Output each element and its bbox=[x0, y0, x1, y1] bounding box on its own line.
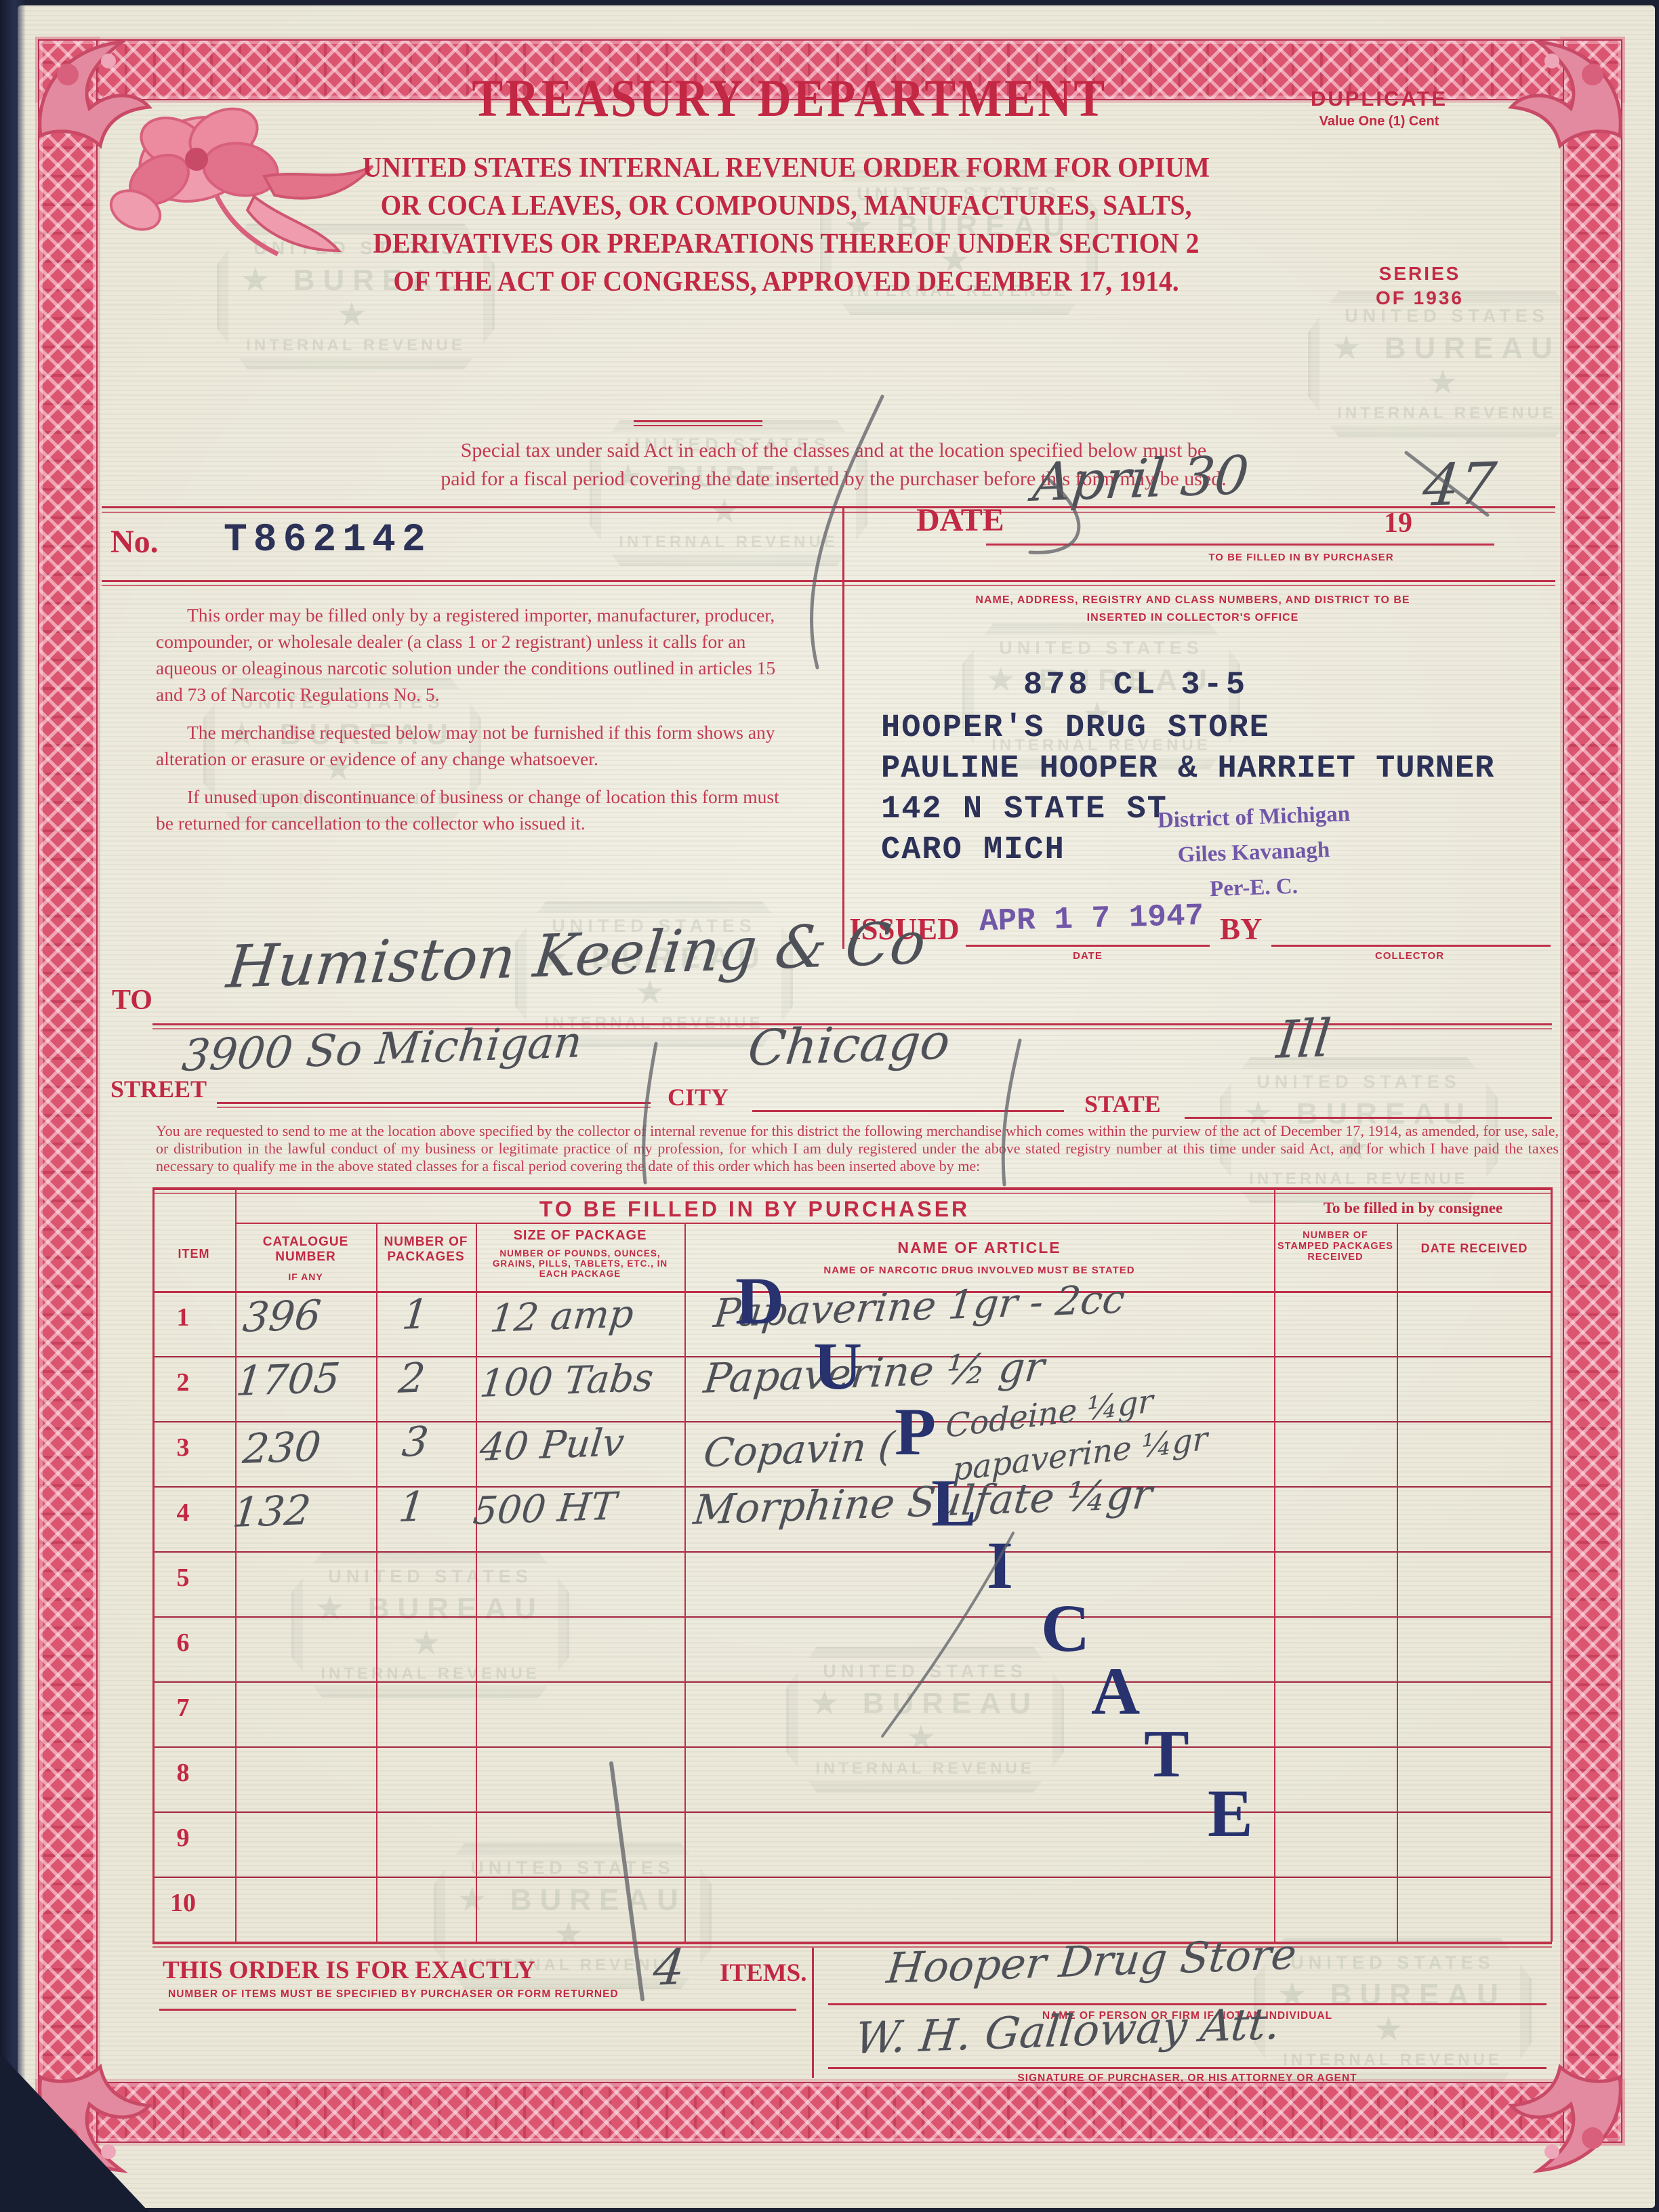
form-subtitle-line2: OR COCA LEAVES, OR COMPOUNDS, MANUFACTUR… bbox=[289, 190, 1283, 222]
scanned-form-photo: UNITED STATES★ BUREAU ★INTERNAL REVENUE … bbox=[0, 0, 1659, 2212]
watermark-text: INTERNAL REVENUE bbox=[1337, 404, 1557, 423]
date-caption: TO BE FILLED IN BY PURCHASER bbox=[1105, 552, 1498, 563]
row-line bbox=[152, 1746, 1552, 1748]
order-count-caption: NUMBER OF ITEMS MUST BE SPECIFIED BY PUR… bbox=[168, 1988, 619, 2001]
col-header-catalogue: CATALOGUE NUMBER bbox=[239, 1235, 373, 1265]
year-handwritten: 47 bbox=[1420, 450, 1499, 519]
row-line bbox=[152, 1681, 1552, 1683]
purchaser-section-header: TO BE FILLED IN BY PURCHASER bbox=[235, 1197, 1274, 1222]
watermark-text: UNITED STATES bbox=[1256, 1071, 1461, 1092]
series-line2: OF 1936 bbox=[1345, 287, 1494, 309]
table-top-rule bbox=[152, 1193, 1552, 1194]
photo-edge-left bbox=[0, 0, 26, 2212]
row-line bbox=[152, 1551, 1552, 1553]
col-line bbox=[1397, 1223, 1398, 1942]
col-header-size: SIZE OF PACKAGE bbox=[479, 1228, 681, 1244]
col-header-stamped: NUMBER OF STAMPED PACKAGES RECEIVED bbox=[1277, 1230, 1393, 1263]
cell-packages: 1 bbox=[396, 1483, 428, 1532]
watermark-text: UNITED STATES bbox=[1290, 1952, 1495, 1973]
address-typed-line1: HOOPER'S DRUG STORE bbox=[881, 710, 1270, 746]
overprint-letter: E bbox=[1208, 1774, 1253, 1852]
rule bbox=[102, 585, 1555, 586]
col-header-size-sub: NUMBER OF POUNDS, OUNCES, GRAINS, PILLS,… bbox=[479, 1248, 681, 1279]
year-prefix: 19 bbox=[1384, 507, 1412, 539]
date-handwritten: April 30 bbox=[1030, 445, 1252, 514]
conditions-para2: The merchandise requested below may not … bbox=[156, 719, 800, 772]
by-label: BY bbox=[1220, 912, 1263, 947]
collector-caption: COLLECTOR bbox=[1308, 950, 1511, 962]
watermark-text: UNITED STATES bbox=[470, 1858, 675, 1879]
item-number: 2 bbox=[156, 1368, 210, 1397]
conditions-para1: This order may be filled only by a regis… bbox=[156, 602, 800, 708]
cell-packages: 3 bbox=[400, 1418, 431, 1467]
item-number: 5 bbox=[156, 1563, 210, 1593]
col-header-packages: NUMBER OF PACKAGES bbox=[378, 1235, 474, 1265]
overprint-letter: C bbox=[1041, 1589, 1090, 1667]
date-label: DATE bbox=[916, 501, 1004, 539]
cell-size: 500 HT bbox=[471, 1484, 619, 1534]
city-label: CITY bbox=[668, 1083, 729, 1111]
header-divider-rule bbox=[634, 420, 762, 422]
form-subtitle-line1: UNITED STATES INTERNAL REVENUE ORDER FOR… bbox=[289, 152, 1283, 184]
table-border-left bbox=[152, 1187, 155, 1944]
conditions-paragraphs: This order may be filled only by a regis… bbox=[156, 602, 800, 848]
form-subtitle-line4: OF THE ACT OF CONGRESS, APPROVED DECEMBE… bbox=[289, 266, 1283, 298]
row-line bbox=[152, 1877, 1552, 1878]
col-line bbox=[1274, 1187, 1275, 1942]
no-label: No. bbox=[110, 523, 159, 560]
items-label: ITEMS. bbox=[720, 1959, 807, 1988]
cell-size: 12 amp bbox=[488, 1292, 636, 1341]
request-paragraph: You are requested to send to me at the l… bbox=[156, 1122, 1559, 1175]
col-line bbox=[235, 1187, 237, 1942]
item-number: 3 bbox=[156, 1433, 210, 1462]
cell-catalogue: 396 bbox=[241, 1292, 323, 1342]
issued-date-line bbox=[966, 945, 1210, 947]
street-line bbox=[217, 1102, 651, 1104]
registry-number-typed: 878 CL 3-5 bbox=[1023, 668, 1248, 703]
agent-caption: SIGNATURE OF PURCHASER, OR HIS ATTORNEY … bbox=[828, 2072, 1547, 2085]
row-line bbox=[152, 1616, 1552, 1618]
form-subtitle-line3: DERIVATIVES OR PREPARATIONS THEREOF UNDE… bbox=[289, 228, 1283, 260]
watermark-seal: UNITED STATES★ BUREAU ★INTERNAL REVENUE bbox=[786, 1647, 1064, 1793]
table-bottom-rule bbox=[152, 1946, 1552, 1948]
item-number: 7 bbox=[156, 1693, 210, 1723]
rule bbox=[102, 512, 1555, 513]
cell-size: 40 Pulv bbox=[478, 1420, 626, 1470]
watermark-text: INTERNAL REVENUE bbox=[321, 1664, 540, 1683]
consignee-section-header: To be filled in by consignee bbox=[1275, 1200, 1551, 1217]
cell-catalogue: 1705 bbox=[234, 1354, 342, 1406]
issued-date-stamp: APR 1 7 1947 bbox=[979, 899, 1204, 940]
tax-note-line2: paid for a fiscal period covering the da… bbox=[203, 468, 1464, 491]
order-number-value: T862142 bbox=[224, 518, 432, 562]
rule bbox=[235, 1223, 1552, 1224]
item-number: 8 bbox=[156, 1758, 210, 1788]
issued-date-caption: DATE bbox=[1003, 950, 1172, 962]
border-band-left bbox=[38, 39, 98, 2143]
col-line bbox=[684, 1223, 686, 1942]
watermark-seal: UNITED STATES★ BUREAU ★INTERNAL REVENUE bbox=[1308, 291, 1586, 437]
address-typed-line4: CARO MICH bbox=[881, 832, 1065, 868]
address-typed-line2: PAULINE HOOPER & HARRIET TURNER bbox=[881, 751, 1494, 787]
table-top-rule bbox=[152, 1187, 1552, 1190]
duplicate-label: DUPLICATE bbox=[1274, 87, 1484, 111]
footer-divider bbox=[812, 1948, 814, 2078]
table-border-right bbox=[1551, 1187, 1553, 1942]
cell-article: Copavin ( bbox=[701, 1423, 897, 1476]
date-line bbox=[986, 544, 1494, 546]
header-divider-rule bbox=[634, 425, 762, 426]
street-label: STREET bbox=[110, 1075, 207, 1103]
col-header-item: ITEM bbox=[152, 1247, 235, 1261]
watermark-seal: UNITED STATES★ BUREAU ★INTERNAL REVENUE bbox=[291, 1552, 569, 1698]
order-count-label: THIS ORDER IS FOR EXACTLY bbox=[163, 1956, 535, 1985]
state-label: STATE bbox=[1084, 1090, 1161, 1118]
overprint-letter: P bbox=[895, 1393, 936, 1471]
city-line bbox=[752, 1110, 1064, 1112]
collector-caption-line2: INSERTED IN COLLECTOR'S OFFICE bbox=[874, 612, 1511, 624]
row-line bbox=[152, 1811, 1552, 1813]
table-bottom-rule bbox=[152, 1942, 1552, 1944]
rule bbox=[159, 2009, 796, 2011]
border-band-bottom bbox=[38, 2082, 1622, 2143]
watermark-text: UNITED STATES bbox=[999, 638, 1204, 659]
overprint-letter: L bbox=[931, 1464, 977, 1542]
col-header-catalogue-sub: IF ANY bbox=[239, 1271, 373, 1282]
column-divider bbox=[842, 508, 844, 949]
item-number: 10 bbox=[156, 1888, 210, 1918]
watermark-text: INTERNAL REVENUE bbox=[619, 533, 838, 552]
item-number: 4 bbox=[156, 1498, 210, 1528]
watermark-text: UNITED STATES bbox=[823, 1661, 1027, 1682]
item-number: 9 bbox=[156, 1823, 210, 1853]
row-line bbox=[152, 1421, 1552, 1422]
item-number: 1 bbox=[156, 1303, 210, 1332]
overprint-letter: T bbox=[1144, 1715, 1189, 1793]
overprint-letter: D bbox=[735, 1262, 784, 1340]
conditions-para3: If unused upon discontinuance of busines… bbox=[156, 783, 800, 836]
form-title: TREASURY DEPARTMENT bbox=[405, 68, 1174, 129]
to-label: TO bbox=[112, 984, 152, 1017]
watermark-text: INTERNAL REVENUE bbox=[246, 336, 466, 355]
state-handwritten: Ill bbox=[1274, 1008, 1334, 1070]
cell-packages: 1 bbox=[400, 1290, 431, 1339]
overprint-letter: A bbox=[1091, 1652, 1140, 1730]
col-header-article: NAME OF ARTICLE bbox=[688, 1239, 1271, 1257]
collector-line bbox=[1271, 945, 1551, 947]
order-count-handwritten: 4 bbox=[651, 1938, 688, 1996]
cell-size: 100 Tabs bbox=[478, 1356, 655, 1406]
rule bbox=[102, 506, 1555, 508]
overprint-letter: I bbox=[987, 1526, 1013, 1604]
cell-catalogue: 230 bbox=[241, 1423, 323, 1473]
rule bbox=[102, 580, 1555, 582]
collector-caption-line1: NAME, ADDRESS, REGISTRY AND CLASS NUMBER… bbox=[874, 594, 1511, 607]
watermark-text: ★ BUREAU ★ bbox=[1308, 331, 1586, 400]
duplicate-value: Value One (1) Cent bbox=[1274, 114, 1484, 129]
watermark-text: INTERNAL REVENUE bbox=[815, 1759, 1035, 1778]
border-band-right bbox=[1563, 39, 1622, 2143]
col-line bbox=[476, 1223, 477, 1942]
cell-catalogue: 132 bbox=[230, 1487, 313, 1537]
watermark-text: UNITED STATES bbox=[328, 1566, 533, 1587]
agent-signature-line bbox=[828, 2067, 1547, 2069]
watermark-text: ★ BUREAU ★ bbox=[291, 1591, 569, 1660]
street-line bbox=[217, 1107, 651, 1108]
col-line bbox=[376, 1223, 377, 1942]
overprint-letter: U bbox=[813, 1327, 862, 1405]
city-handwritten: Chicago bbox=[745, 1012, 953, 1077]
tax-note-line1: Special tax under said Act in each of th… bbox=[203, 439, 1464, 462]
col-header-date-received: DATE RECEIVED bbox=[1400, 1242, 1549, 1256]
state-line bbox=[1185, 1117, 1552, 1119]
cell-packages: 2 bbox=[396, 1354, 428, 1403]
watermark-text: ★ BUREAU ★ bbox=[786, 1686, 1064, 1755]
series-line1: SERIES bbox=[1345, 263, 1494, 285]
item-number: 6 bbox=[156, 1628, 210, 1658]
